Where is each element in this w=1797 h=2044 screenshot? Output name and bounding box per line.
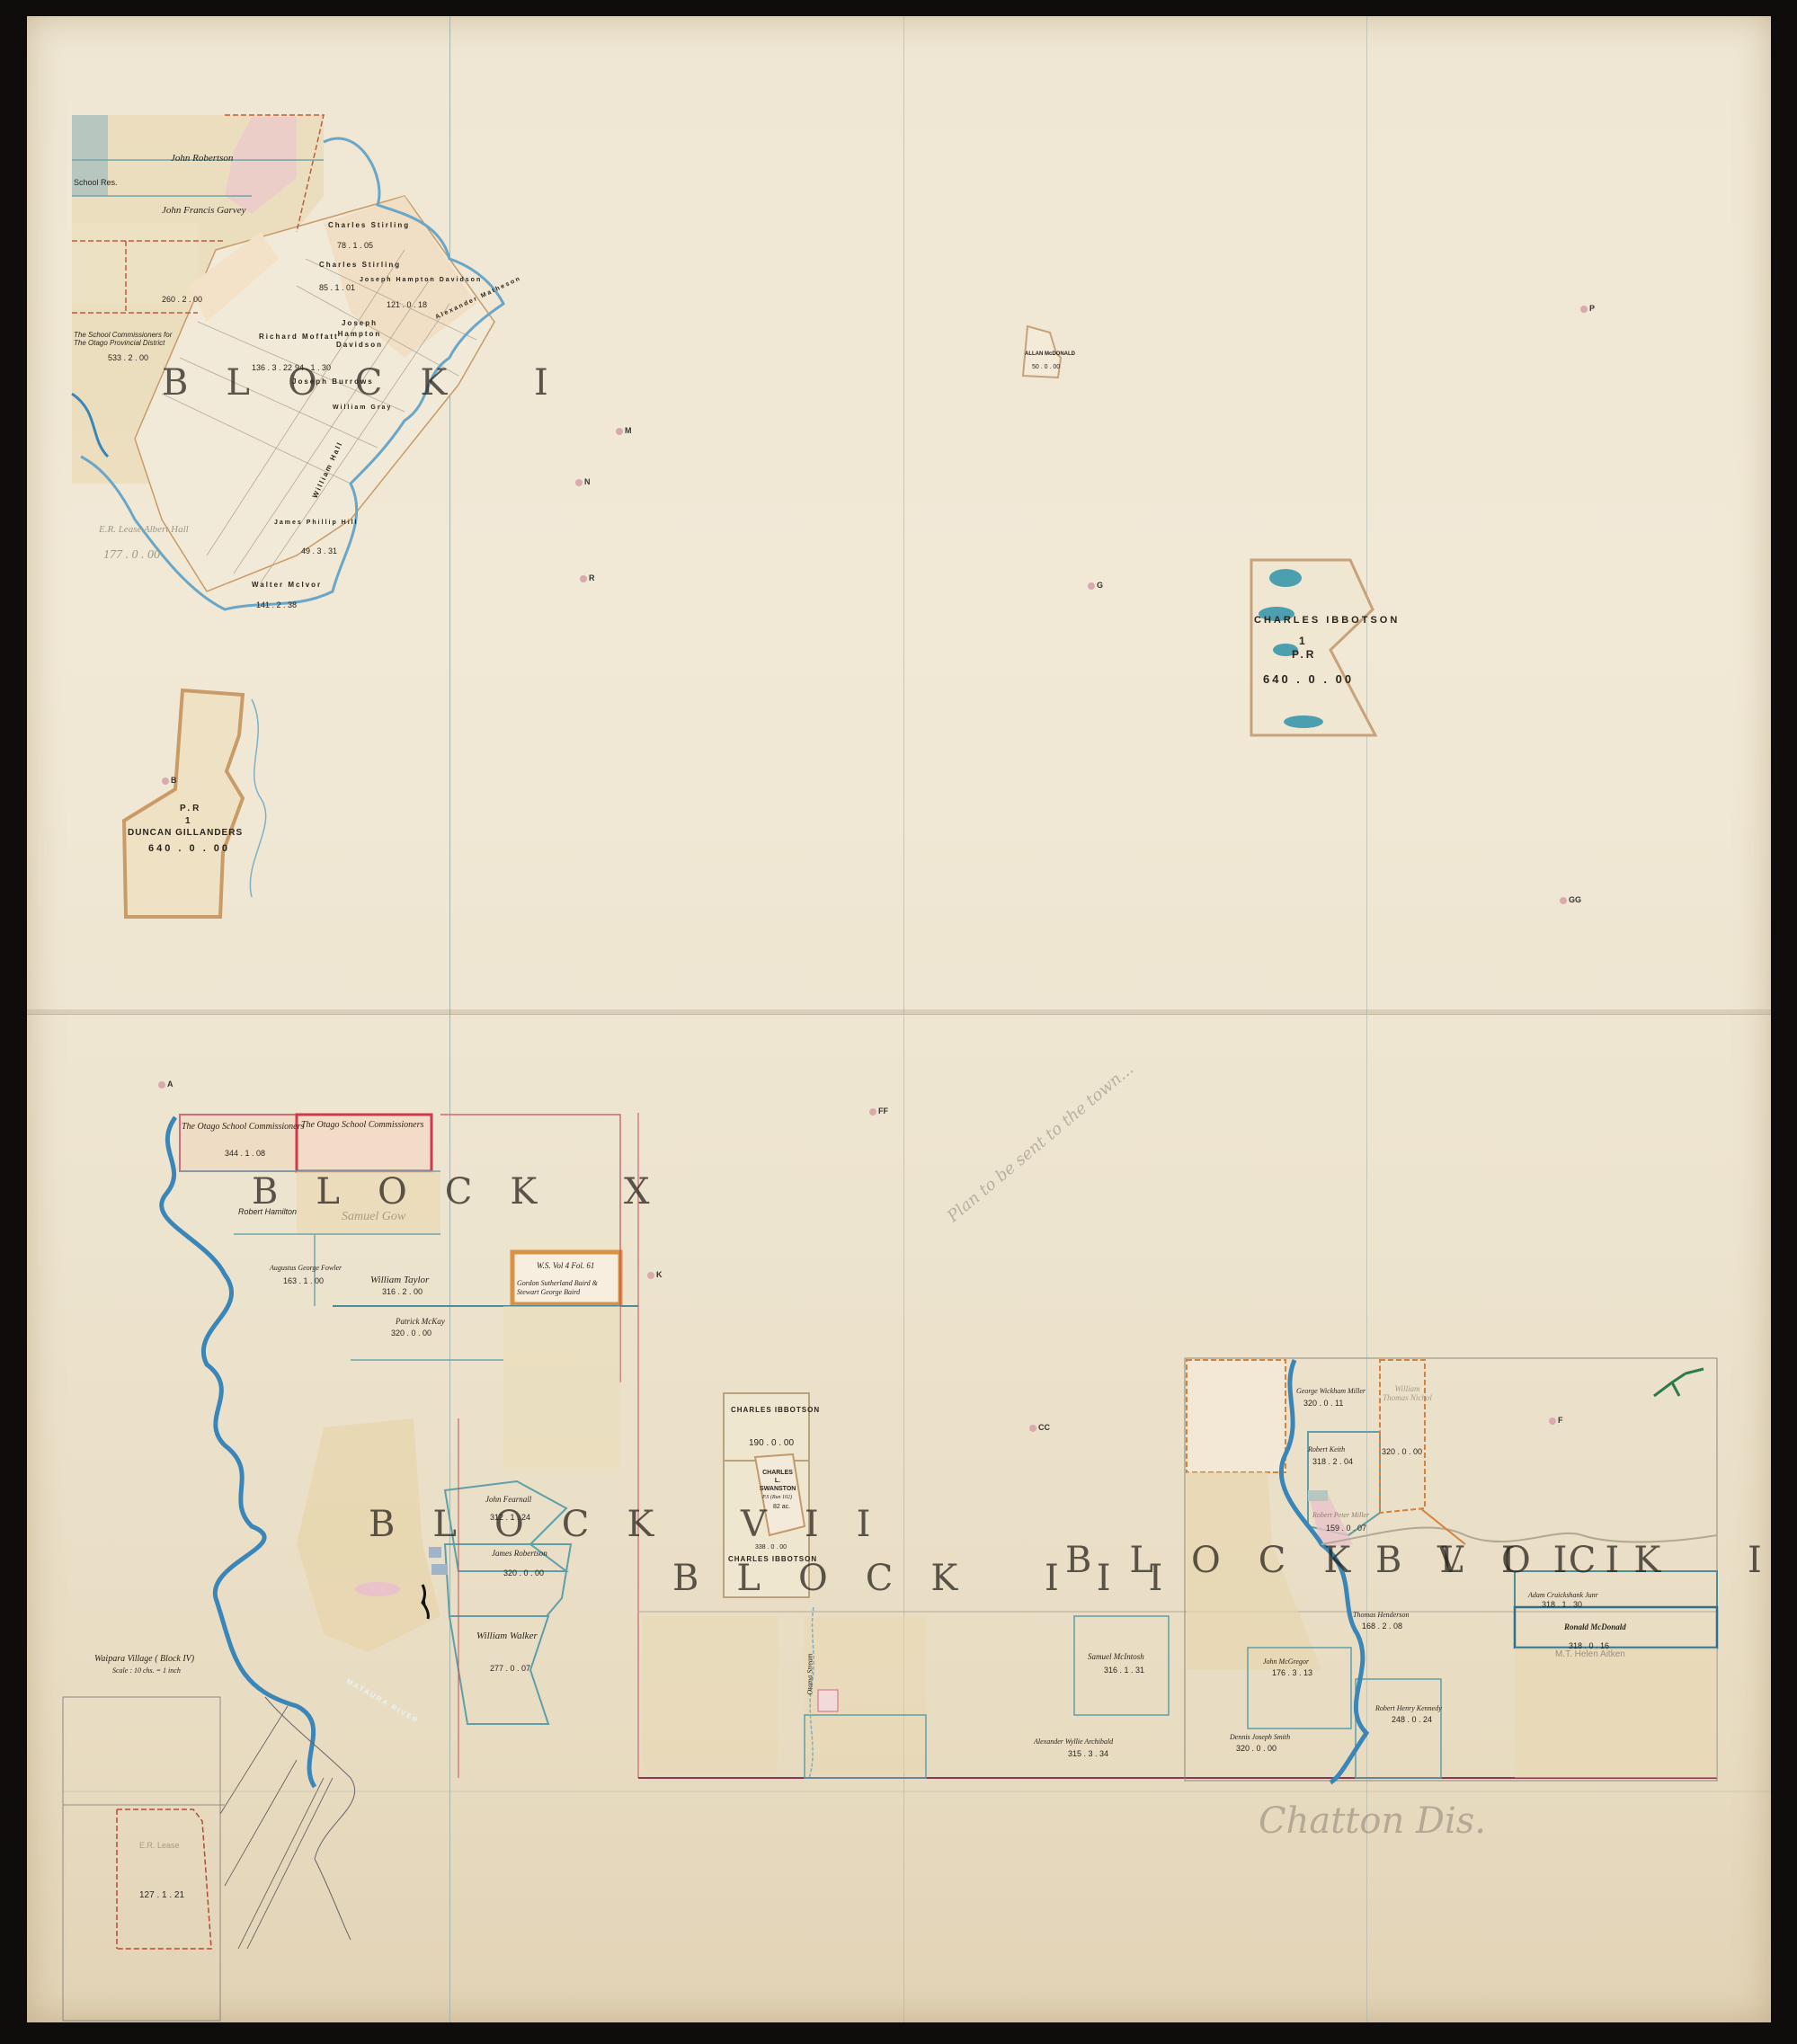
area-label: 320 . 0 . 11 — [1303, 1399, 1343, 1408]
owner-label: CHARLES L. SWANSTON — [760, 1469, 796, 1493]
owner-label: CHARLES IBBOTSON — [728, 1555, 817, 1563]
area-label: 277 . 0 . 07 — [490, 1664, 530, 1673]
owner-label: Joseph Hampton Davidson — [360, 277, 482, 283]
owner-label: John McGregor — [1263, 1657, 1309, 1666]
map-sheet: BLOCK I BLOCK X BLOCK VII BLOCK III BLOC… — [27, 16, 1771, 2022]
owner-label: James Phillip Hill — [274, 520, 359, 526]
trig-station: M — [616, 426, 632, 435]
area-label: 49 . 3 . 31 — [301, 547, 337, 555]
run-owner-label: DUNCAN GILLANDERS — [128, 828, 243, 838]
trig-station: F — [1549, 1416, 1563, 1425]
owner-label: William Gray — [333, 404, 392, 411]
area-label: 121 . 0 . 18 — [387, 300, 427, 309]
owner-label: Charles Stirling — [319, 261, 401, 269]
run-type-label: P.R — [180, 804, 201, 813]
area-label: 315 . 3 . 34 — [1068, 1749, 1108, 1758]
area-label: 177 . 0 . 00 — [103, 548, 160, 563]
area-label: 50 . 0 . 00 — [1032, 364, 1060, 370]
area-label: 318 . 2 . 04 — [1312, 1457, 1353, 1466]
run-owner-label: CHARLES IBBOTSON — [1254, 615, 1400, 626]
owner-label: Joseph Hampton Davidson — [324, 318, 396, 351]
area-label: 320 . 0 . 00 — [503, 1569, 544, 1577]
block-x-title: BLOCK X — [252, 1171, 687, 1213]
area-label: 190 . 0 . 00 — [749, 1438, 794, 1448]
owner-label: Ronald McDonald — [1564, 1622, 1626, 1631]
owner-label: The Otago School Commissioners — [301, 1120, 423, 1130]
owner-label: William Walker — [476, 1631, 538, 1641]
trig-station: FF — [869, 1106, 888, 1115]
owner-label: ALLAN McDONALD — [1025, 351, 1075, 357]
block-vii-title: BLOCK VII — [369, 1504, 908, 1545]
owner-label: James Robertson — [492, 1549, 547, 1558]
owner-label: Gordon Sutherland Baird & Stewart George… — [517, 1279, 620, 1297]
area-label: 260 . 2 . 00 — [162, 295, 202, 304]
area-label: 176 . 3 . 13 — [1272, 1668, 1312, 1677]
type-label: P.S (Run 102) — [762, 1495, 792, 1500]
run-section-label: 1 — [185, 816, 193, 826]
stream-label: Otama Stream — [806, 1653, 814, 1694]
trig-station: GG — [1560, 895, 1581, 904]
trig-station: R — [580, 573, 595, 582]
owner-label: John Fearnall — [485, 1495, 531, 1504]
trig-station: P — [1580, 304, 1595, 313]
trig-station: A — [158, 1080, 173, 1089]
area-label: 94 . 1 . 30 — [295, 363, 331, 372]
owner-label: Samuel Gow — [342, 1210, 405, 1224]
owner-label: E.R. Lease Albert Hall — [99, 524, 189, 535]
area-label: 163 . 1 . 00 — [283, 1276, 324, 1285]
owner-label: Patrick McKay — [396, 1317, 445, 1326]
area-label: 338 . 0 . 00 — [755, 1544, 787, 1551]
owner-label: Walter McIvor — [252, 581, 322, 589]
owner-label: Adam Cruickshank Junr — [1528, 1591, 1598, 1599]
owner-label: The Otago School Commissioners — [182, 1122, 304, 1132]
inset-lease: E.R. Lease — [139, 1841, 180, 1850]
owner-label: Robert Henry Kennedy — [1375, 1704, 1442, 1712]
run-section-label: 1 — [1299, 635, 1308, 647]
owner-label: Dennis Joseph Smith — [1230, 1733, 1290, 1741]
area-label: 320 . 0 . 00 — [391, 1329, 431, 1337]
owner-label: William Taylor — [370, 1275, 429, 1285]
area-label: 533 . 2 . 00 — [108, 353, 148, 362]
area-label: 318 . 1 . 30 — [1542, 1600, 1582, 1609]
owner-label: Thomas Henderson — [1353, 1611, 1409, 1619]
area-label: 320 . 0 . 00 — [1236, 1744, 1277, 1753]
owner-label: John Robertson — [171, 153, 233, 164]
map-linework — [27, 16, 1771, 2022]
inset-title: Waipara Village ( Block IV) — [94, 1654, 194, 1664]
area-label: 344 . 1 . 08 — [225, 1149, 265, 1158]
inset-area: 127 . 1 . 21 — [139, 1890, 184, 1900]
inset-scale: Scale : 10 chs. = 1 inch — [112, 1666, 181, 1675]
note-label: W.S. Vol 4 Fol. 61 — [537, 1261, 594, 1270]
owner-label: Robert Peter Miller — [1312, 1511, 1369, 1519]
area-label: 85 . 1 . 01 — [319, 283, 355, 292]
owner-label: Robert Keith — [1308, 1445, 1345, 1453]
owner-label: CHARLES IBBOTSON — [731, 1406, 820, 1414]
owner-label: William Thomas Nichol — [1383, 1384, 1432, 1402]
run-area-label: 640 . 0 . 00 — [1263, 672, 1354, 686]
owner-label: John Francis Garvey — [162, 205, 245, 216]
area-label: 316 . 2 . 00 — [382, 1287, 423, 1296]
area-label: 248 . 0 . 24 — [1392, 1715, 1432, 1724]
owner-label: The School Commissioners for The Otago P… — [74, 331, 186, 347]
trig-station: K — [647, 1270, 663, 1279]
block-ix-title: BLOCK IX — [1375, 1540, 1797, 1581]
run-area-label: 640 . 0 . 00 — [148, 843, 230, 854]
pencil-note: Chatton Dis. — [1259, 1800, 1486, 1842]
owner-label: Joseph Burrows — [292, 378, 374, 386]
area-label: 78 . 1 . 05 — [337, 241, 373, 250]
area-label: 136 . 3 . 22 — [252, 363, 292, 372]
owner-label: Robert Hamilton — [238, 1207, 297, 1216]
area-label: 82 ac. — [773, 1504, 790, 1510]
run-type-label: P.R — [1292, 648, 1316, 661]
owner-label: Charles Stirling — [328, 221, 410, 229]
owner-label: Alexander Wyllie Archibald — [1034, 1737, 1113, 1746]
area-label: 168 . 2 . 08 — [1362, 1622, 1402, 1631]
trig-station: CC — [1029, 1423, 1050, 1432]
trig-station: G — [1088, 581, 1103, 590]
owner-label: Samuel McIntosh — [1088, 1652, 1144, 1661]
area-label: 159 . 0 . 07 — [1326, 1524, 1366, 1533]
area-label: 141 . 2 . 38 — [256, 600, 297, 609]
trig-station: N — [575, 477, 591, 486]
owner-label: George Wickham Miller — [1296, 1387, 1366, 1395]
owner-label: M.T. Helen Aitken — [1555, 1649, 1625, 1659]
owner-label: School Res. — [74, 178, 118, 187]
area-label: 316 . 1 . 31 — [1104, 1666, 1144, 1675]
block-i-title: BLOCK I — [162, 362, 586, 404]
owner-label: Augustus George Fowler — [270, 1264, 342, 1272]
mataura-river — [162, 1117, 315, 1787]
area-label: 312 . 1 . 24 — [490, 1513, 530, 1522]
area-label: 320 . 0 . 00 — [1382, 1447, 1422, 1456]
trig-station: B — [162, 776, 177, 785]
